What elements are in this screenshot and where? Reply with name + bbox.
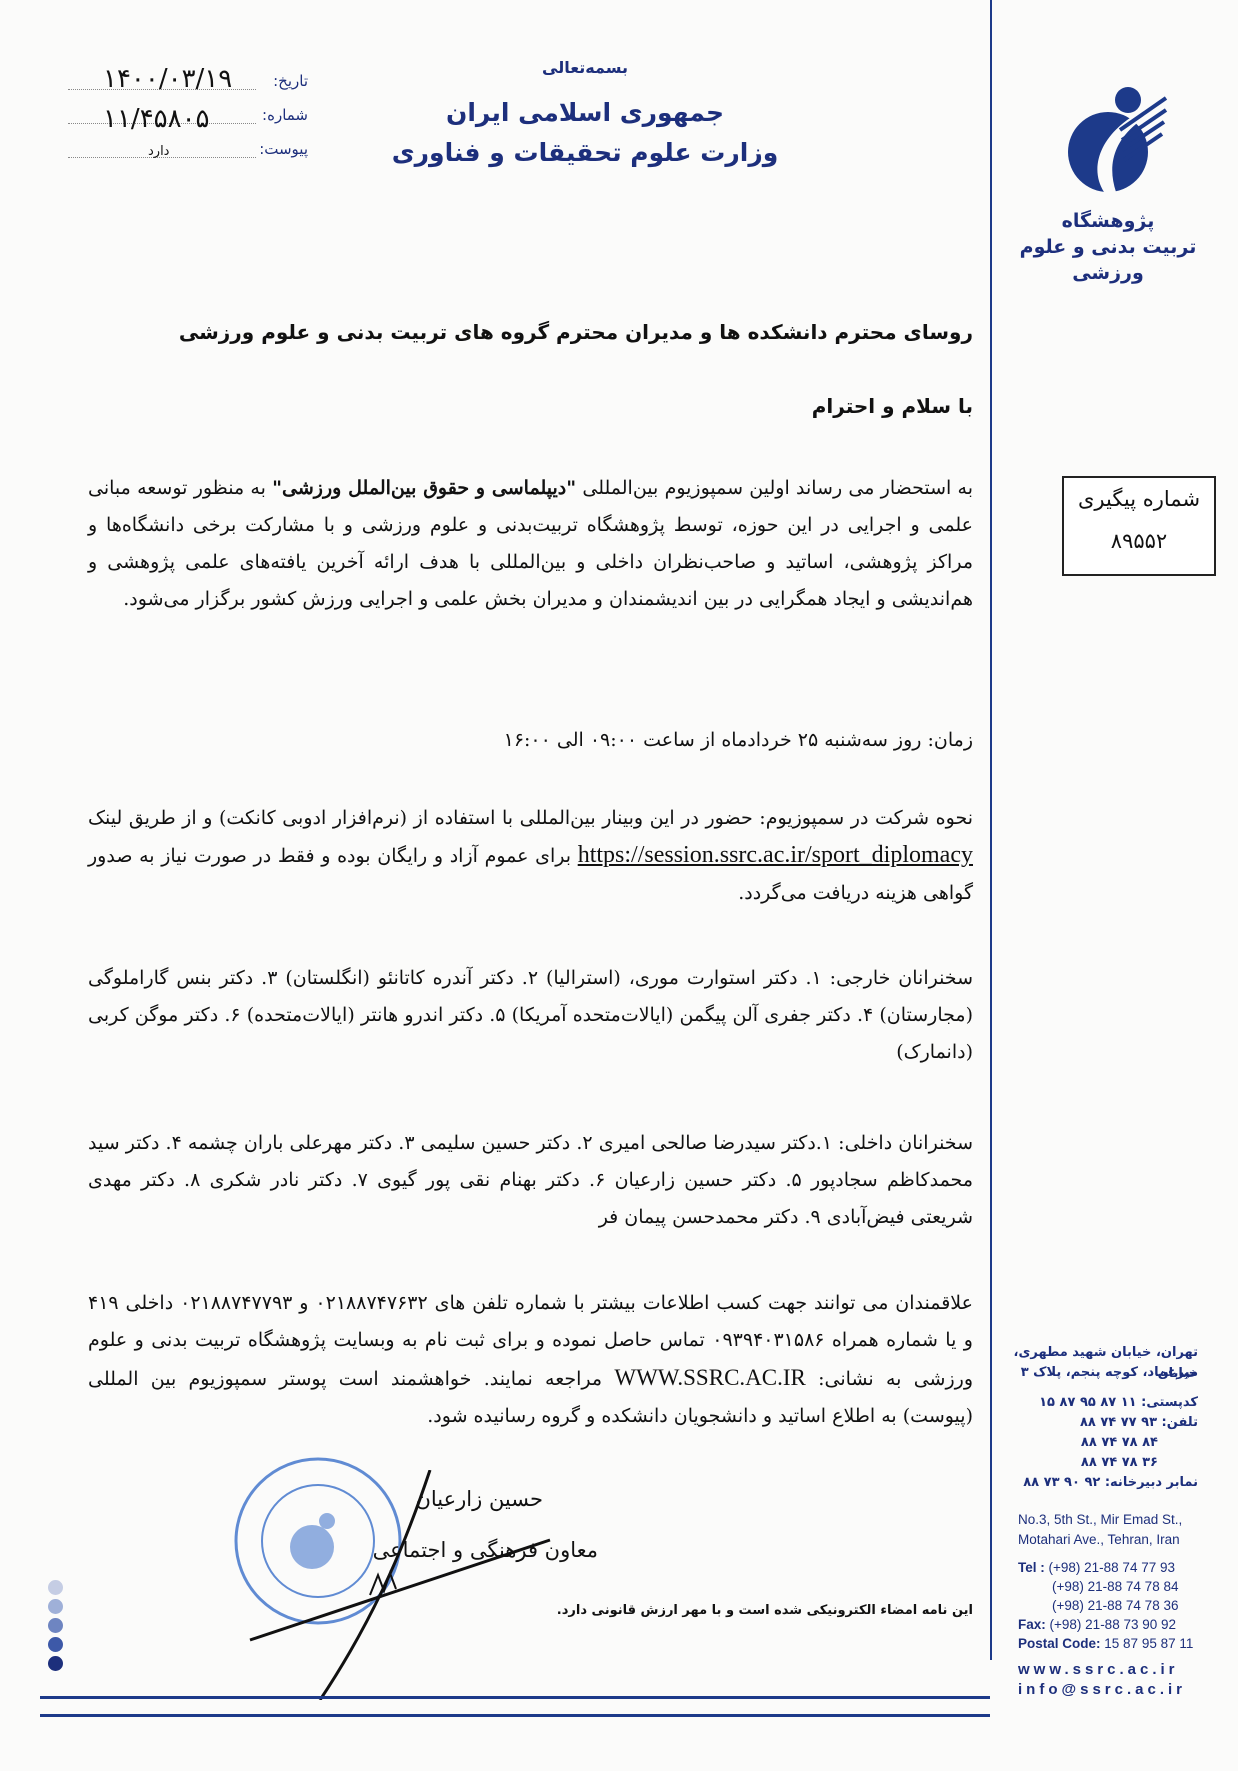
session-link[interactable]: https://session.ssrc.ac.ir/sport_diploma… [578,842,973,868]
intro-paragraph: به استحضار می رساند اولین سمپوزیوم بین‌ا… [88,470,973,618]
tel-fa-2: ۸۴ ۷۸ ۷۴ ۸۸ [1000,1432,1198,1453]
postal-label: Postal Code: [1018,1636,1101,1651]
institute-name-line2: تربیت بدنی و علوم ورزشی [998,234,1218,286]
event-time: زمان: روز سه‌شنبه ۲۵ خردادماه از ساعت ۰۹… [88,722,973,759]
intro-text-start: به استحضار می رساند اولین سمپوزیوم بین‌ا… [576,477,973,499]
fax-value: (+98) 21-88 73 90 92 [1050,1617,1176,1632]
fax-label: Fax: [1018,1617,1046,1632]
signature-icon [230,1470,560,1700]
participation-text-start: نحوه شرکت در سمپوزیوم: حضور در این وبینا… [88,807,973,829]
letter-number-label: شماره: [262,106,308,124]
dot-icon [48,1656,63,1671]
tel-en-1: Tel : (+98) 21-88 74 77 93 [1018,1558,1198,1577]
footer-rule-2 [40,1714,990,1717]
institute-logo-icon [1050,80,1170,192]
website-footer[interactable]: www.ssrc.ac.ir [1018,1660,1198,1679]
tracking-value: ۸۹۵۵۲ [1064,520,1214,562]
tel-value-1: (+98) 21-88 74 77 93 [1049,1560,1175,1575]
dot-icon [48,1580,63,1595]
e-signature-note: این نامه امضاء الکترونیکی شده است و با م… [373,1603,973,1618]
date-value: ۱۴۰۰/۰۳/۱۹ [103,64,232,94]
tracking-label: شماره پیگیری [1064,478,1214,520]
attachment-label: پیوست: [259,140,308,158]
attachment-value: دارد [148,144,169,159]
greeting: با سلام و احترام [573,394,973,418]
institute-name-line1: پژوهشگاه [998,208,1218,234]
tel-fa-3: ۳۶ ۷۸ ۷۴ ۸۸ [1000,1452,1198,1473]
attachment-field: پیوست: دارد [68,140,308,164]
bismillah: بسمه‌تعالی [380,58,790,77]
participation-paragraph: نحوه شرکت در سمپوزیوم: حضور در این وبینا… [88,800,973,912]
dot-icon [48,1618,63,1633]
addressee: روسای محترم دانشکده ها و مدیران محترم گر… [173,320,973,344]
postal-value: 15 87 95 87 11 [1104,1636,1193,1651]
decorative-dots [48,1580,64,1675]
tracking-number-box: شماره پیگیری ۸۹۵۵۲ [1062,476,1216,576]
margin-divider [990,0,992,1660]
fax-en: Fax: (+98) 21-88 73 90 92 [1018,1615,1198,1634]
postal-code-fa: کدپستی: ۱۱ ۸۷ ۹۵ ۸۷ ۱۵ [1000,1392,1198,1413]
date-field: تاریخ: ۱۴۰۰/۰۳/۱۹ [68,72,308,96]
address-en-line2: Motahari Ave., Tehran, Iran [1018,1530,1198,1549]
letter-number-value: ۱۱/۴۵۸۰۵ [103,104,210,134]
address-en-line1: No.3, 5th St., Mir Emad St., [1018,1510,1198,1529]
symposium-title: "دیپلماسی و حقوق بین‌الملل ورزشی" [272,477,576,499]
dot-icon [48,1599,63,1614]
tel-en-2: (+98) 21-88 74 78 84 [1018,1577,1232,1596]
domestic-speakers: سخنرانان داخلی: ۱.دکتر سیدرضا صالحی امیر… [88,1125,973,1236]
foreign-speakers: سخنرانان خارجی: ۱. دکتر استوارت موری، (ا… [88,960,973,1071]
date-label: تاریخ: [273,72,308,90]
tel-en-3: (+98) 21-88 74 78 36 [1018,1596,1232,1615]
country-title: جمهوری اسلامی ایران [380,98,790,127]
contact-paragraph: علاقمندان می توانند جهت کسب اطلاعات بیشت… [88,1285,973,1435]
fax-fa: نمابر دبیرخانه: ۹۲ ۹۰ ۷۳ ۸۸ [1000,1472,1198,1493]
tel-fa-1: تلفن: ۹۳ ۷۷ ۷۴ ۸۸ [1000,1412,1198,1433]
email-footer[interactable]: info@ssrc.ac.ir [1018,1680,1198,1699]
website-link[interactable]: WWW.SSRC.AC.IR [614,1365,805,1390]
dot-icon [48,1637,63,1652]
address-fa-line2: میرعماد، کوچه پنجم، پلاک ۳ [1000,1362,1198,1383]
letter-number-field: شماره: ۱۱/۴۵۸۰۵ [68,106,308,130]
postal-code-en: Postal Code: 15 87 95 87 11 [1018,1634,1198,1653]
ministry-title: وزارت علوم تحقیقات و فناوری [380,138,790,167]
footer-rule-1 [40,1696,990,1699]
tel-label: Tel : [1018,1560,1045,1575]
